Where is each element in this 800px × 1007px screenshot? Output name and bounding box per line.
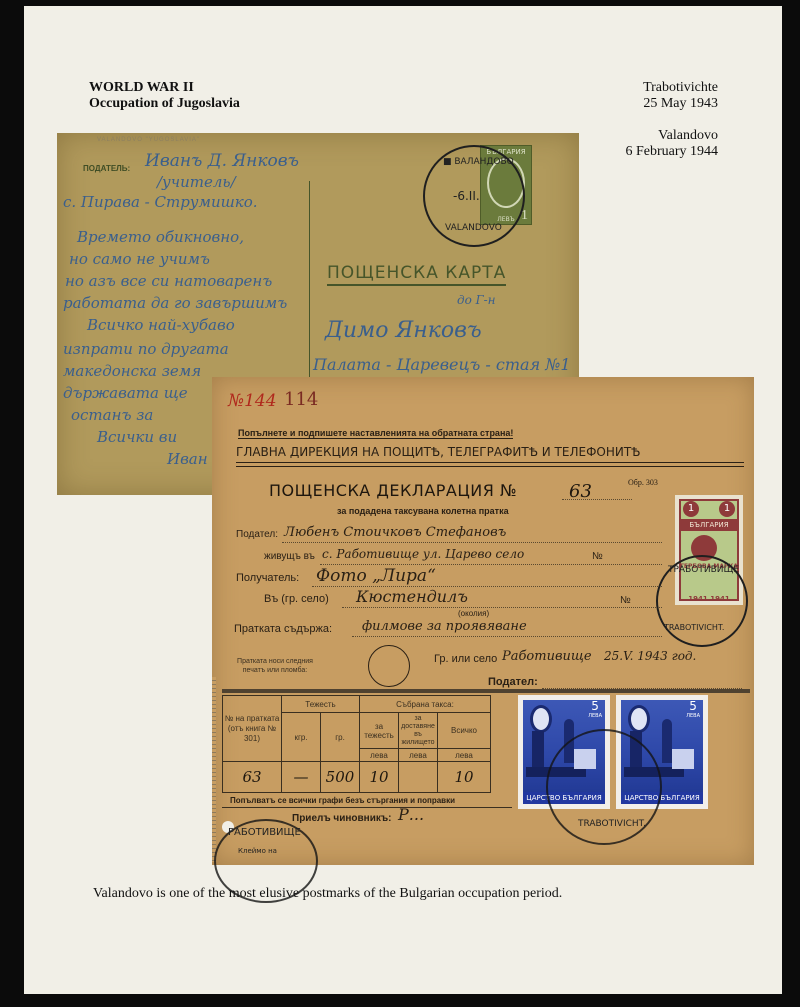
trabotivichte-postmark-2: TRABOTIVICHT. xyxy=(546,729,662,845)
header-places-dates: Trabotivichte 25 May 1943 Valandovo 6 Fe… xyxy=(625,80,718,160)
message-line: македонска земя xyxy=(63,362,201,380)
district-label: (околия) xyxy=(458,609,489,618)
message-line: Всичко най-хубаво xyxy=(87,316,235,334)
col-fee-delivery: за доставяне въ жилището xyxy=(399,713,438,749)
col-gr: гр. xyxy=(321,713,360,762)
unit: лева xyxy=(399,749,438,762)
message-line: но азъ все си натоваренъ xyxy=(65,272,272,290)
unit: лева xyxy=(438,749,491,762)
scale-icon xyxy=(530,705,552,733)
postmark-date: -6.II. xyxy=(453,189,480,203)
signature-label: Подател: xyxy=(488,676,538,688)
message-line: изпрати по другата xyxy=(63,340,229,358)
message-signature: Иван xyxy=(167,450,208,468)
contents-label: Пратката съдържа: xyxy=(234,623,332,635)
table-footer: Попълватъ се всички графи безъ стъргания… xyxy=(230,796,455,805)
table-top-rule xyxy=(222,689,750,693)
declaration-subtitle: за подадена таксувана колетна пратка xyxy=(337,506,509,516)
stamp-unit: ЛЕВА xyxy=(686,711,700,721)
message-line: държавата ще xyxy=(63,384,188,402)
sender-name: Иванъ Д. Янковъ xyxy=(145,151,299,171)
message-line: Всички ви xyxy=(97,428,177,446)
clerk-signature: Р... xyxy=(398,805,424,824)
sender-village: с. Пирава - Струмишко. xyxy=(63,193,258,211)
declaration-title: ПОЩЕНСКА ДЕКЛАРАЦИЯ № xyxy=(269,481,517,500)
page-title: WORLD WAR II xyxy=(89,80,240,96)
seal-circle xyxy=(368,645,410,687)
date-2: 6 February 1944 xyxy=(625,144,718,160)
postmark-bottom-text: VALANDOVO xyxy=(445,223,502,233)
addressee-name: Димо Янковъ xyxy=(325,318,482,343)
form-number: Обр. 303 xyxy=(628,478,658,487)
postmark-bottom-text: Клеймо на xyxy=(238,847,277,855)
sender-label: ПОДАТЕЛЬ: xyxy=(83,164,130,173)
clerk-label: Приелъ чиновникъ: xyxy=(292,813,392,824)
postmark-bottom-text: TRABOTIVICHT. xyxy=(664,623,724,632)
message-line: останъ за xyxy=(71,406,153,424)
directorate-heading: ГЛАВНА ДИРЕКЦИЯ НА ПОЩИТѢ, ТЕЛЕГРАФИТѢ И… xyxy=(236,445,640,459)
cell-item-no: 63 xyxy=(223,762,282,793)
page-header: WORLD WAR II Occupation of Jugoslavia xyxy=(89,80,240,112)
place-value: Работивище xyxy=(502,649,592,664)
contents-value: филмове за проявяване xyxy=(362,619,527,634)
residing-value: с. Работивище ул. Царево село xyxy=(322,547,524,561)
seal-label: Пратката носи следния печатъ или пломба: xyxy=(230,657,320,675)
sender-label: Подател: xyxy=(236,529,278,540)
city-no-label: № xyxy=(620,595,631,606)
city-label: Въ (гр. село) xyxy=(264,593,329,605)
postmark-top-text: ■ ВАЛАНДОВО xyxy=(443,157,514,167)
col-kg: кгр. xyxy=(282,713,321,762)
trabotivichte-postmark: ТРАБОТИВИЩЕ TRABOTIVICHT. xyxy=(656,555,748,647)
col-item-no: № на пратката (отъ книга № 301) xyxy=(223,696,282,762)
place-date: 25.V. 1943 год. xyxy=(604,649,696,663)
col-fee-weight: за тежесть xyxy=(360,713,399,749)
caption: Valandovo is one of the most elusive pos… xyxy=(93,886,562,902)
valandovo-postmark: ■ ВАЛАНДОВО -6.II. VALANDOVO xyxy=(423,145,525,247)
recipient-value: Фото „Лира“ xyxy=(316,566,436,586)
place-1: Trabotivichte xyxy=(625,80,718,96)
postmark-top-text: РАБОТИВИЩЕ xyxy=(228,827,301,838)
cell-gr: 500 xyxy=(321,762,360,793)
page-subtitle: Occupation of Jugoslavia xyxy=(89,96,240,112)
cell-kg: — xyxy=(282,762,321,793)
fee-table: № на пратката (отъ книга № 301) Тежесть … xyxy=(222,695,491,793)
cell-total: 10 xyxy=(438,762,491,793)
place-2: Valandovo xyxy=(625,128,718,144)
date-1: 25 May 1943 xyxy=(625,96,718,112)
place-label: Гр. или село xyxy=(434,653,497,665)
postal-declaration: №144 114 Попълнете и подпишете наставлен… xyxy=(212,377,754,865)
unit: лева xyxy=(360,749,399,762)
cell-fee-delivery xyxy=(399,762,438,793)
message-line: Времето обикновно, xyxy=(77,228,244,246)
postcard-title: ПОЩЕНСКА КАРТА xyxy=(327,263,506,286)
col-weight: Тежесть xyxy=(282,696,360,713)
col-total: Всичко xyxy=(438,713,491,749)
message-line: работата да го завършимъ xyxy=(63,294,287,312)
perforation-edge xyxy=(212,677,216,862)
pencil-note: VALANDOVO "YUGOSLAVIA" xyxy=(97,137,200,143)
addressee-address: Палата - Царевецъ - стая №1 xyxy=(313,355,571,374)
postmark-bottom-text: TRABOTIVICHT. xyxy=(578,819,646,829)
notice-text: Попълнете и подпишете наставленията на о… xyxy=(238,428,513,439)
postmark-top-text: ТРАБОТИВИЩЕ xyxy=(668,565,739,575)
residing-label: живущъ въ xyxy=(264,551,315,562)
recipient-label: Получатель: xyxy=(236,572,299,584)
col-fee: Събрана такса: xyxy=(360,696,491,713)
scale-icon xyxy=(628,705,650,733)
city-value: Кюстендилъ xyxy=(356,587,468,606)
sender-title: /учитель/ xyxy=(157,173,236,191)
heading-rule xyxy=(236,462,744,467)
revenue-value: 1 xyxy=(719,501,735,517)
revenue-country: БЪЛГАРИЯ xyxy=(679,519,739,531)
stamp-unit: ЛЕВА xyxy=(588,711,602,721)
red-mark: 114 xyxy=(284,389,318,410)
sender-value: Любенъ Стоичковъ Стефановъ xyxy=(284,525,506,540)
residing-no-label: № xyxy=(592,551,603,562)
revenue-value: 1 xyxy=(683,501,699,517)
addressee-prefix: до Г-н xyxy=(457,293,496,307)
message-line: но само не учимъ xyxy=(69,250,210,268)
cell-fee-weight: 10 xyxy=(360,762,399,793)
red-number: №144 xyxy=(228,391,277,411)
